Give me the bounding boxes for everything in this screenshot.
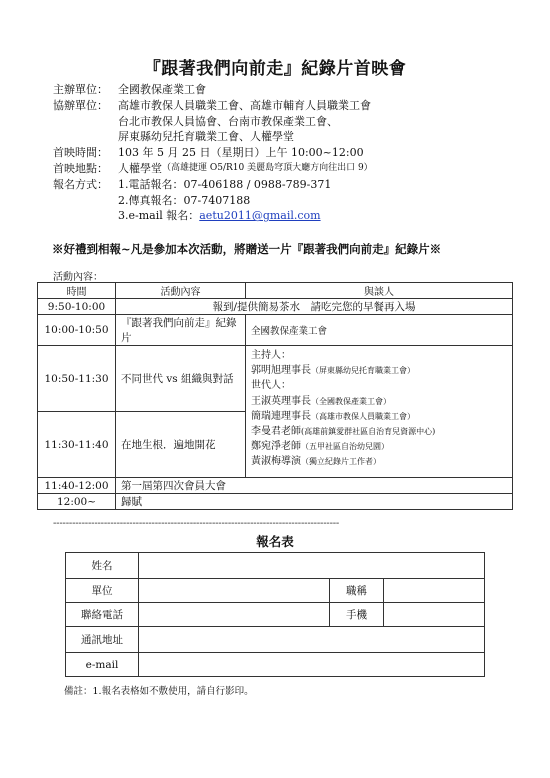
venue-row: 首映地點： 人權學堂 （高雄捷運 O5/R10 美麗島穹頂大廳方向往出口 9） [53,161,373,177]
venue-label: 首映地點： [53,161,118,177]
speaker-org: （屏東縣幼兒托育職業工會） [311,366,415,375]
row-time: 11:40-12:00 [38,478,116,494]
organizer-label: 主辦單位： [53,82,118,98]
header-time: 時間 [38,283,116,299]
co-organizer-row: 協辦單位： 高雄市教保人員職業工會、高雄市輔育人員職業工會 [53,98,373,114]
table-row: 12:00~ 歸賦 [38,494,513,510]
register-fax: 2.傳真報名：07-7407188 [118,193,250,209]
unit-field[interactable] [139,579,330,603]
row-time: 10:50-11:30 [38,346,116,412]
row-speaker: 全國教保產業工會 [246,315,513,346]
email-label: e-mail [66,653,139,677]
speaker-item: 黃淑梅導演（獨立紀錄片工作者） [251,454,507,469]
co-organizer-row: 屏東縣幼兒托育職業工會、人權學堂 [53,129,373,145]
register-row: 3.e-mail 報名： aetu2011@gmail.com [53,208,373,224]
time-value: 103 年 5 月 25 日（星期日）上午 10:00~12:00 [118,145,364,161]
form-row-phone: 聯絡電話 手機 [66,603,485,627]
address-label: 通訊地址 [66,627,139,653]
speaker-name: 王淑英理事長 [251,396,311,407]
schedule-label: 活動內容： [53,268,103,283]
registration-form: 姓名 單位 職稱 聯絡電話 手機 通訊地址 e-mail [65,552,485,677]
page-title: 『跟著我們向前走』紀錄片首映會 [0,54,550,79]
speaker-item: 鄭宛淨老師（五甲社區自治幼兒園） [251,439,507,454]
speaker-item: 主持人： [251,348,507,363]
mobile-label: 手機 [330,603,384,627]
speaker-item: 王淑英理事長（全國教保產業工會） [251,394,507,409]
table-row: 10:00-10:50 『跟著我們向前走』紀錄片 全國教保產業工會 [38,315,513,346]
co-organizer-value: 屏東縣幼兒托育職業工會、人權學堂 [118,129,294,145]
speaker-item: 世代人： [251,378,507,393]
name-field[interactable] [139,553,485,579]
speaker-org: （五甲社區自治幼兒園） [301,442,389,451]
register-email-label: 3.e-mail 報名： [118,208,199,224]
speaker-item: 郭明旭理事長（屏東縣幼兒托育職業工會） [251,363,507,378]
event-info: 主辦單位： 全國教保產業工會 協辦單位： 高雄市教保人員職業工會、高雄市輔育人員… [53,82,373,224]
mobile-field[interactable] [384,603,485,627]
row-time: 12:00~ [38,494,116,510]
register-label: 報名方式： [53,177,118,193]
speaker-list: 主持人： 郭明旭理事長（屏東縣幼兒托育職業工會） 世代人： 王淑英理事長（全國教… [246,346,513,478]
phone-field[interactable] [139,603,330,627]
table-row: 11:40-12:00 第一屆第四次會員大會 [38,478,513,494]
speaker-name: 簡瑞連理事長 [251,411,311,422]
unit-label: 單位 [66,579,139,603]
row-time: 10:00-10:50 [38,315,116,346]
table-header-row: 時間 活動內容 與談人 [38,283,513,299]
form-row-name: 姓名 [66,553,485,579]
organizer-row: 主辦單位： 全國教保產業工會 [53,82,373,98]
row-content: 不同世代 vs 組織與對話 [116,346,246,412]
name-label: 姓名 [66,553,139,579]
venue-note: （高雄捷運 O5/R10 美麗島穹頂大廳方向往出口 9） [162,161,373,177]
table-row: 9:50-10:00 報到/提供簡易茶水 請吃完您的早餐再入場 [38,299,513,315]
row-content: 『跟著我們向前走』紀錄片 [116,315,246,346]
header-speaker: 與談人 [246,283,513,299]
speaker-name: 黃淑梅導演 [251,456,301,467]
job-title-field[interactable] [384,579,485,603]
speaker-name: 李曼君老師 [251,426,301,437]
cut-line-divider: ----------------------------------------… [53,518,501,529]
email-link[interactable]: aetu2011@gmail.com [199,208,320,224]
speaker-name: 鄭宛淨老師 [251,441,301,452]
row-content: 報到/提供簡易茶水 請吃完您的早餐再入場 [116,299,513,315]
footnote: 備註：1.報名表格如不敷使用，請自行影印。 [64,683,254,697]
form-row-unit: 單位 職稱 [66,579,485,603]
speaker-name: 世代人： [251,380,291,391]
register-phone: 1.電話報名：07-406188 / 0988-789-371 [118,177,331,193]
register-row: 報名方式： 1.電話報名：07-406188 / 0988-789-371 [53,177,373,193]
row-content: 在地生根．遍地開花 [116,412,246,478]
co-organizer-row: 台北市教保人員協會、台南市教保產業工會、 [53,114,373,130]
job-title-label: 職稱 [330,579,384,603]
speaker-org: （高雄市教保人員職業工會） [311,412,415,421]
speaker-item: 簡瑞連理事長（高雄市教保人員職業工會） [251,409,507,424]
speaker-org: （全國教保產業工會） [311,397,391,406]
row-content: 第一屆第四次會員大會 [116,478,513,494]
speaker-name: 主持人： [251,350,291,361]
table-row: 10:50-11:30 不同世代 vs 組織與對話 主持人： 郭明旭理事長（屏東… [38,346,513,412]
speaker-item: 李曼君老師(高雄前鎮愛群社區自治育兒資源中心) [251,424,507,439]
row-content: 歸賦 [116,494,513,510]
row-time: 9:50-10:00 [38,299,116,315]
schedule-table: 時間 活動內容 與談人 9:50-10:00 報到/提供簡易茶水 請吃完您的早餐… [37,282,513,510]
speaker-org: (高雄前鎮愛群社區自治育兒資源中心) [301,427,435,436]
co-organizer-value: 高雄市教保人員職業工會、高雄市輔育人員職業工會 [118,98,371,114]
header-content: 活動內容 [116,283,246,299]
co-organizer-label: 協辦單位： [53,98,118,114]
time-label: 首映時間： [53,145,118,161]
gift-notice: ※好禮到相報~凡是參加本次活動，將贈送一片『跟著我們向前走』紀錄片※ [52,241,441,257]
speaker-name: 郭明旭理事長 [251,365,311,376]
speaker-org: （獨立紀錄片工作者） [301,457,381,466]
form-row-email: e-mail [66,653,485,677]
co-organizer-value: 台北市教保人員協會、台南市教保產業工會、 [118,114,338,130]
email-field[interactable] [139,653,485,677]
time-row: 首映時間： 103 年 5 月 25 日（星期日）上午 10:00~12:00 [53,145,373,161]
venue-value: 人權學堂 [118,161,162,177]
organizer-value: 全國教保產業工會 [118,82,206,98]
form-title: 報名表 [0,532,550,550]
row-time: 11:30-11:40 [38,412,116,478]
address-field[interactable] [139,627,485,653]
phone-label: 聯絡電話 [66,603,139,627]
register-row: 2.傳真報名：07-7407188 [53,193,373,209]
form-row-address: 通訊地址 [66,627,485,653]
